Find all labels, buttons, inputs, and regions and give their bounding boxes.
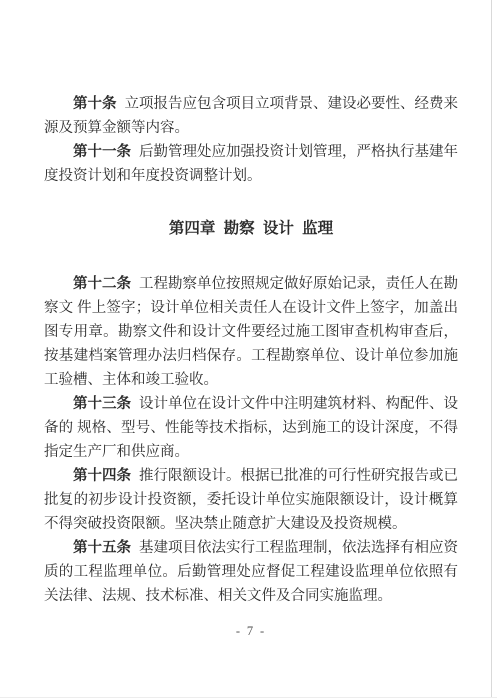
document-page: 第十条立项报告应包含项目立项背景、建设必要性、经费来源及预算金额等内容。 第十一… <box>0 0 497 698</box>
article-number: 第十二条 <box>73 276 131 292</box>
page-number: - 7 - <box>44 619 458 643</box>
article-paragraph-13: 第十三条设计单位在设计文件中注明建筑材料、构配件、设备的 规格、型号、性能等技术… <box>44 392 458 464</box>
article-number: 第十五条 <box>73 540 131 556</box>
article-paragraph-15: 第十五条基建项目依法实行工程监理制，依法选择有相应资质的工程监理单位。后勤管理处… <box>44 536 458 608</box>
article-number: 第十一条 <box>73 144 131 160</box>
article-number: 第十条 <box>73 96 117 112</box>
scan-edge-line-right <box>491 0 492 698</box>
article-number: 第十四条 <box>73 468 131 484</box>
document-text-block: 第十条立项报告应包含项目立项背景、建设必要性、经费来源及预算金额等内容。 第十一… <box>44 92 458 643</box>
article-text: 工程勘察单位按照规定做好原始记录，责任人在勘察文 件上签字；设计单位相关责任人在… <box>44 276 458 388</box>
article-paragraph-12: 第十二条工程勘察单位按照规定做好原始记录，责任人在勘察文 件上签字；设计单位相关… <box>44 272 458 392</box>
article-paragraph-10: 第十条立项报告应包含项目立项背景、建设必要性、经费来源及预算金额等内容。 <box>44 92 458 140</box>
article-number: 第十三条 <box>73 396 131 412</box>
article-paragraph-11: 第十一条后勤管理处应加强投资计划管理，严格执行基建年度投资计划和年度投资调整计划… <box>44 140 458 188</box>
chapter-heading: 第四章 勘察 设计 监理 <box>44 217 458 241</box>
article-paragraph-14: 第十四条推行限额设计。根据已批准的可行性研究报告或已批复的初步设计投资额，委托设… <box>44 464 458 536</box>
